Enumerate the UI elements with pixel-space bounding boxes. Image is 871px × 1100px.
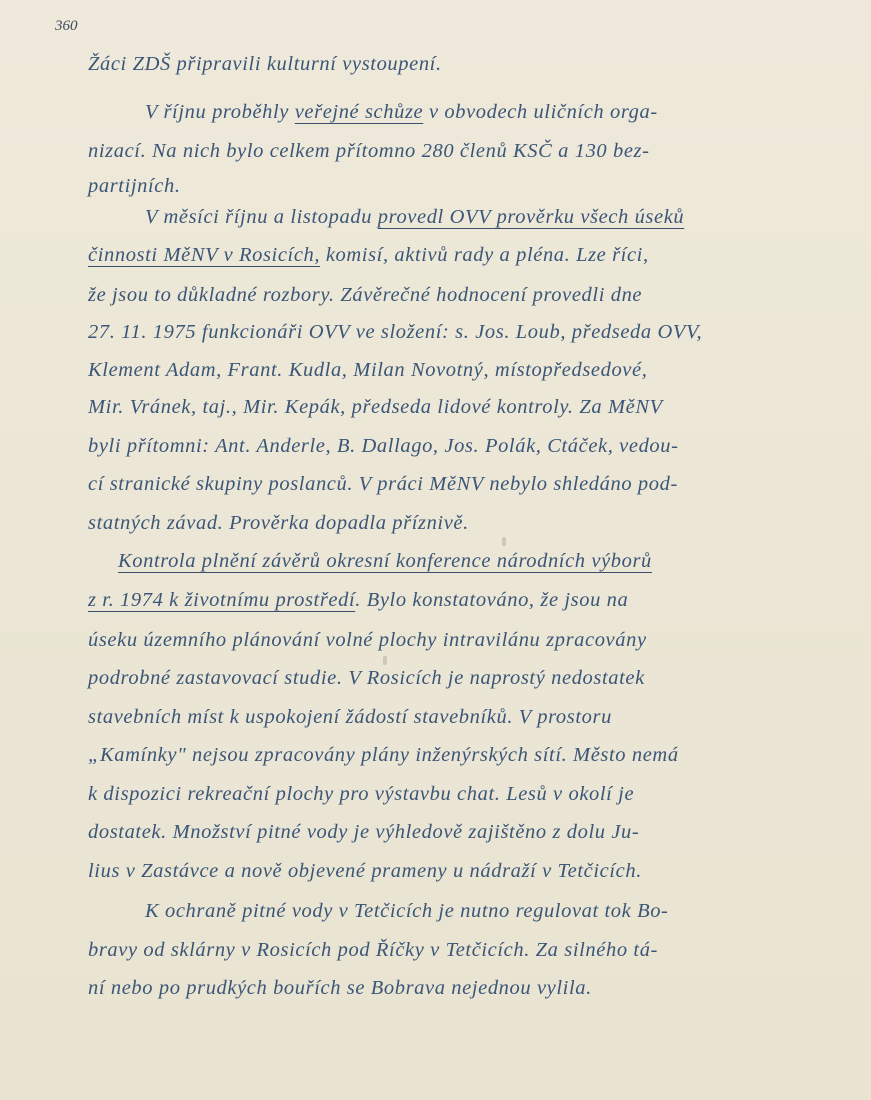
text-line: byli přítomni: Ant. Anderle, B. Dallago,…: [88, 432, 828, 460]
line-text: Mir. Vránek, taj., Mir. Kepák, předseda …: [88, 396, 663, 418]
line-text: ní nebo po prudkých bouřích se Bobrava n…: [88, 977, 592, 999]
text-line: V říjnu proběhly veřejné schůze v obvode…: [145, 98, 828, 126]
text-line: Klement Adam, Frant. Kudla, Milan Novotn…: [88, 356, 828, 384]
line-text: v obvodech uličních orga-: [423, 101, 658, 123]
text-line: V měsíci říjnu a listopadu provedl OVV p…: [145, 203, 828, 231]
paper-speck: [383, 656, 387, 665]
line-text: podrobné zastavovací studie. V Rosicích …: [88, 667, 645, 689]
line-text: partijních.: [88, 175, 181, 197]
text-line: statných závad. Prověrka dopadla přízniv…: [88, 509, 828, 537]
text-line: Kontrola plnění závěrů okresní konferenc…: [118, 547, 801, 575]
line-text: Klement Adam, Frant. Kudla, Milan Novotn…: [88, 359, 647, 381]
line-text: nizací. Na nich bylo celkem přítomno 280…: [88, 140, 650, 162]
text-line: ní nebo po prudkých bouřích se Bobrava n…: [88, 974, 828, 1002]
underlined-heading: Kontrola plnění závěrů okresní konferenc…: [118, 550, 652, 572]
text-line: 27. 11. 1975 funkcionáři OVV ve složení:…: [88, 318, 828, 346]
manuscript-page: 360 Žáci ZDŠ připravili kulturní vystoup…: [0, 0, 871, 1100]
text-line: „Kamínky" nejsou zpracovány plány inžený…: [88, 741, 828, 769]
line-text: „Kamínky" nejsou zpracovány plány inžený…: [88, 744, 679, 766]
text-line: úseku územního plánování volné plochy in…: [88, 626, 828, 654]
text-line: Mir. Vránek, taj., Mir. Kepák, předseda …: [88, 393, 828, 421]
line-text: úseku územního plánování volné plochy in…: [88, 629, 647, 651]
text-line: činnosti MěNV v Rosicích, komisí, aktivů…: [88, 241, 828, 269]
text-line: partijních.: [88, 172, 828, 200]
line-text: statných závad. Prověrka dopadla přízniv…: [88, 512, 469, 534]
line-text: 27. 11. 1975 funkcionáři OVV ve složení:…: [88, 321, 702, 343]
text-line: bravy od sklárny v Rosicích pod Říčky v …: [88, 936, 828, 964]
line-text: K ochraně pitné vody v Tetčicích je nutn…: [145, 900, 668, 922]
line-text: . Bylo konstatováno, že jsou na: [355, 589, 628, 611]
text-line: že jsou to důkladné rozbory. Závěrečné h…: [88, 281, 828, 309]
text-line: k dispozici rekreační plochy pro výstavb…: [88, 780, 828, 808]
line-text: cí stranické skupiny poslanců. V práci M…: [88, 473, 678, 495]
paper-speck: [502, 537, 506, 546]
underlined-phrase: z r. 1974 k životnímu prostředí: [88, 589, 355, 611]
line-text: stavebních míst k uspokojení žádostí sta…: [88, 706, 612, 728]
line-text: lius v Zastávce a nově objevené prameny …: [88, 860, 642, 882]
underlined-phrase: veřejné schůze: [295, 101, 424, 123]
text-line: nizací. Na nich bylo celkem přítomno 280…: [88, 137, 828, 165]
line-text: Žáci ZDŠ připravili kulturní vystoupení.: [88, 53, 442, 75]
text-line: stavebních míst k uspokojení žádostí sta…: [88, 703, 828, 731]
line-text: že jsou to důkladné rozbory. Závěrečné h…: [88, 284, 642, 306]
line-text: V měsíci říjnu a listopadu: [145, 206, 378, 228]
underlined-phrase: provedl OVV prověrku všech úseků: [378, 206, 684, 228]
text-line: Žáci ZDŠ připravili kulturní vystoupení.: [88, 50, 828, 78]
page-number: 360: [55, 18, 78, 35]
line-text: byli přítomni: Ant. Anderle, B. Dallago,…: [88, 435, 679, 457]
text-line: lius v Zastávce a nově objevené prameny …: [88, 857, 828, 885]
line-text: V říjnu proběhly: [145, 101, 295, 123]
line-text: k dispozici rekreační plochy pro výstavb…: [88, 783, 634, 805]
line-text: bravy od sklárny v Rosicích pod Říčky v …: [88, 939, 658, 961]
line-text: komisí, aktivů rady a pléna. Lze říci,: [320, 244, 649, 266]
text-line: cí stranické skupiny poslanců. V práci M…: [88, 470, 828, 498]
underlined-phrase: činnosti MěNV v Rosicích,: [88, 244, 320, 266]
text-line: podrobné zastavovací studie. V Rosicích …: [88, 664, 828, 692]
text-line: z r. 1974 k životnímu prostředí. Bylo ko…: [88, 586, 828, 614]
line-text: dostatek. Množství pitné vody je výhledo…: [88, 821, 639, 843]
text-line: dostatek. Množství pitné vody je výhledo…: [88, 818, 828, 846]
text-line: K ochraně pitné vody v Tetčicích je nutn…: [145, 897, 828, 925]
